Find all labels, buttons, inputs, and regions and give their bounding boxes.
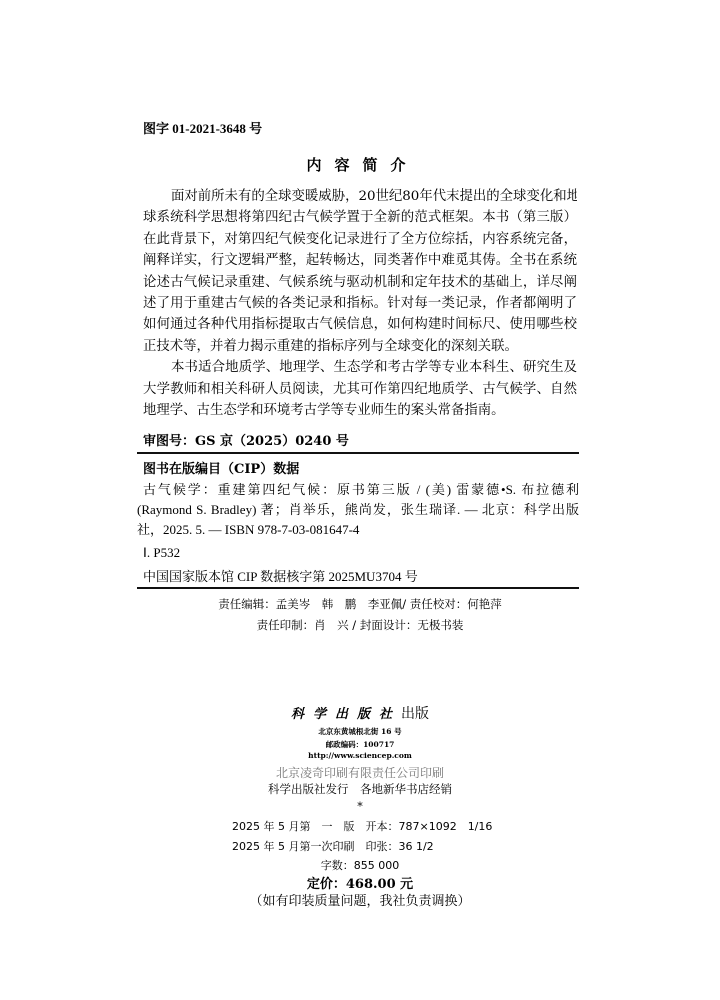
intro-line: 论述古气候记录重建、气候系统与驱动机制和定年技术的基础上，详尽阐 bbox=[143, 272, 577, 293]
copyright-serial: 图字 01-2021-3648 号 bbox=[143, 118, 262, 137]
cip-number: 中国国家版本馆 CIP 数据核字第 2025MU3704 号 bbox=[143, 566, 418, 585]
intro-line: 球系统科学思想将第四纪古气候学置于全新的范式框架。本书（第三版） bbox=[143, 207, 577, 228]
intro-line: 正技术等，并着力揭示重建的指标序列与全球变化的深刻关联。 bbox=[143, 336, 577, 357]
quality-notice: （如有印装质量问题，我社负责调换） bbox=[0, 890, 720, 909]
divider-bottom bbox=[137, 587, 579, 589]
edition-line: 2025 年 5 月第 一 版 开本：787×1092 1/16 bbox=[232, 818, 492, 834]
publisher-website: http://www.sciencep.com bbox=[0, 751, 720, 760]
publisher-postcode: 邮政编码：100717 bbox=[0, 739, 720, 750]
distribution: 科学出版社发行 各地新华书店经销 bbox=[0, 781, 720, 797]
separator-asterisk: * bbox=[0, 800, 720, 813]
intro-line: 地理学、古生态学和环境考古学等专业师生的案头常备指南。 bbox=[143, 400, 577, 421]
section-title: 内容简介 bbox=[0, 154, 720, 175]
divider-top bbox=[137, 452, 579, 454]
intro-line: 如何通过各种代用指标提取古气候信息，如何构建时间标尺、使用哪些校 bbox=[143, 314, 577, 335]
publisher-suffix: 出版 bbox=[401, 706, 429, 722]
classification-number: Ⅰ. P532 bbox=[143, 545, 180, 561]
printing-line: 2025 年 5 月第一次印刷 印张：36 1/2 bbox=[232, 838, 434, 854]
publisher-line: 科学出版社出版 bbox=[0, 703, 720, 723]
intro-line: 阐释详实，行文逻辑严整，起转畅达，同类著作中难觅其俦。全书在系统 bbox=[143, 250, 577, 271]
cip-title: 图书在版编目（CIP）数据 bbox=[143, 458, 299, 477]
word-count: 字数：855 000 bbox=[0, 857, 720, 873]
publisher-logo: 科学出版社 bbox=[291, 707, 401, 722]
publisher-address: 北京东黄城根北街 16 号 bbox=[0, 726, 720, 737]
cip-line: 古气候学：重建第四纪气候：原书第三版 / (美) 雷蒙德•S. 布拉德利 bbox=[137, 480, 579, 500]
cip-record: 古气候学：重建第四纪气候：原书第三版 / (美) 雷蒙德•S. 布拉德利 (Ra… bbox=[137, 480, 579, 540]
cip-line: 社，2025. 5. — ISBN 978-7-03-081647-4 bbox=[137, 520, 579, 540]
intro-line: 本书适合地质学、地理学、生态学和考古学等专业本科生、研究生及 bbox=[143, 357, 577, 378]
production-credits: 责任印制：肖 兴 / 封面设计：无极书装 bbox=[0, 617, 720, 633]
intro-line: 在此背景下，对第四纪气候变化记录进行了全方位综括，内容系统完备， bbox=[143, 229, 577, 250]
editor-credits: 责任编辑：孟美岑 韩 鹏 李亚佩/ 责任校对：何艳萍 bbox=[0, 596, 720, 612]
intro-text: 面对前所未有的全球变暖威胁，20世纪80年代末提出的全球变化和地 球系统科学思想… bbox=[143, 186, 577, 421]
intro-line: 大学教师和相关科研人员阅读，尤其可作第四纪地质学、古气候学、自然 bbox=[143, 379, 577, 400]
cip-line: (Raymond S. Bradley) 著；肖举乐，熊尚发，张生瑞译. — 北… bbox=[137, 500, 579, 520]
intro-line: 面对前所未有的全球变暖威胁，20世纪80年代末提出的全球变化和地 bbox=[143, 186, 577, 207]
map-review-number: 审图号：GS 京（2025）0240 号 bbox=[143, 430, 349, 449]
printer: 北京凌奇印刷有限责任公司印刷 bbox=[0, 764, 720, 781]
intro-line: 述了用于重建古气候的各类记录和指标。针对每一类记录，作者都阐明了 bbox=[143, 293, 577, 314]
